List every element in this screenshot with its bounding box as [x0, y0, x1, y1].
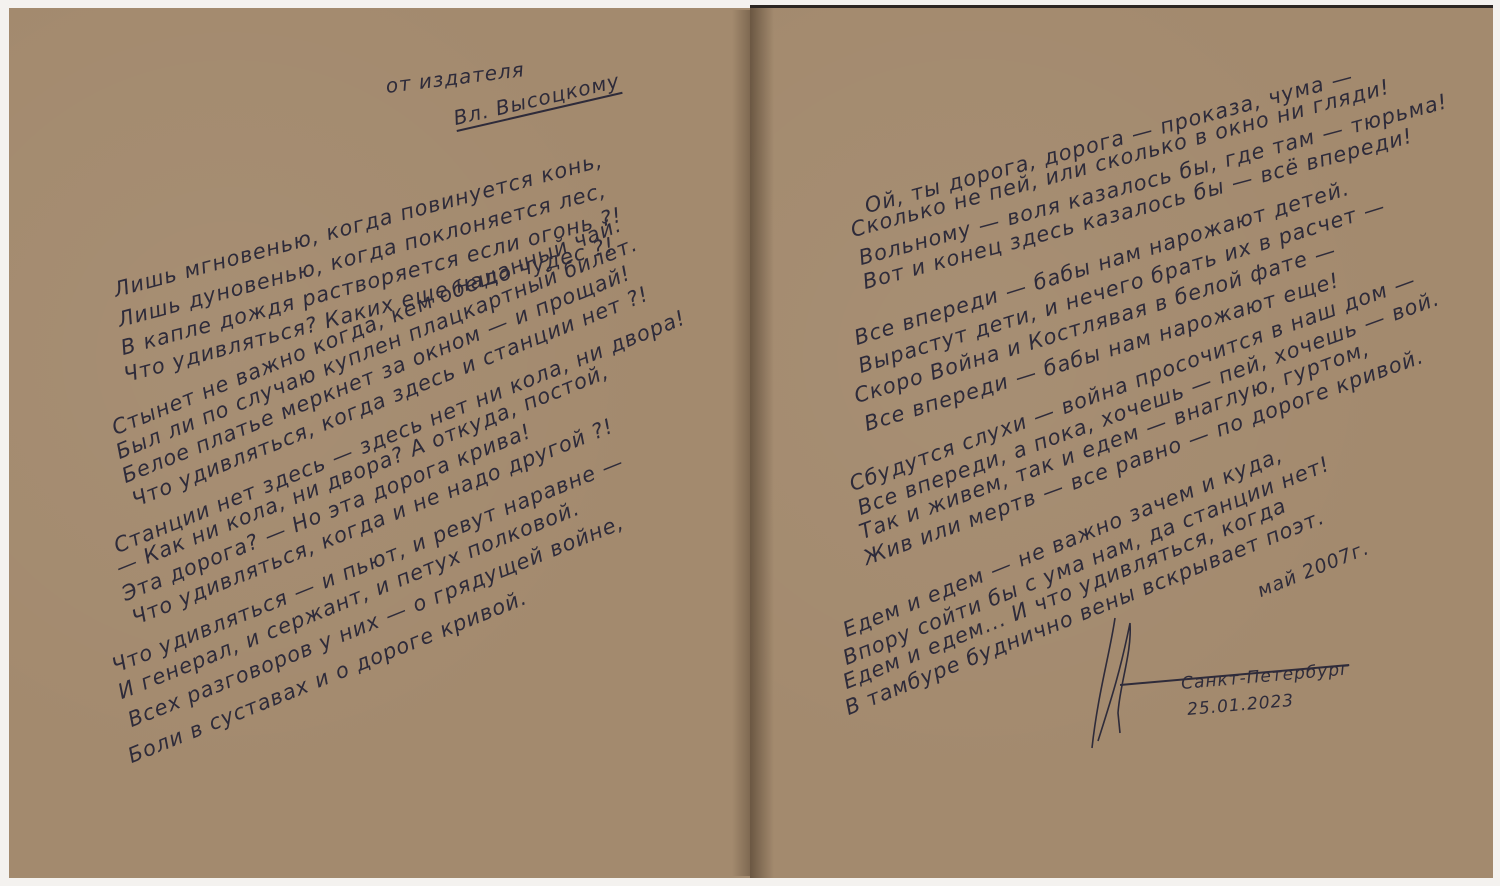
- signature-date: 25.01.2023: [1187, 693, 1295, 719]
- left-page: от издателя Вл. Высоцкому Лишь мгновенью…: [9, 10, 750, 876]
- right-page: Ой, ты дорога, дорога — проказа, чума — …: [750, 8, 1493, 878]
- dedication-from-publisher: от издателя: [385, 59, 526, 96]
- book-spread: от издателя Вл. Высоцкому Лишь мгновенью…: [9, 8, 1493, 878]
- signature-city: Санкт-Петербург: [1181, 661, 1351, 693]
